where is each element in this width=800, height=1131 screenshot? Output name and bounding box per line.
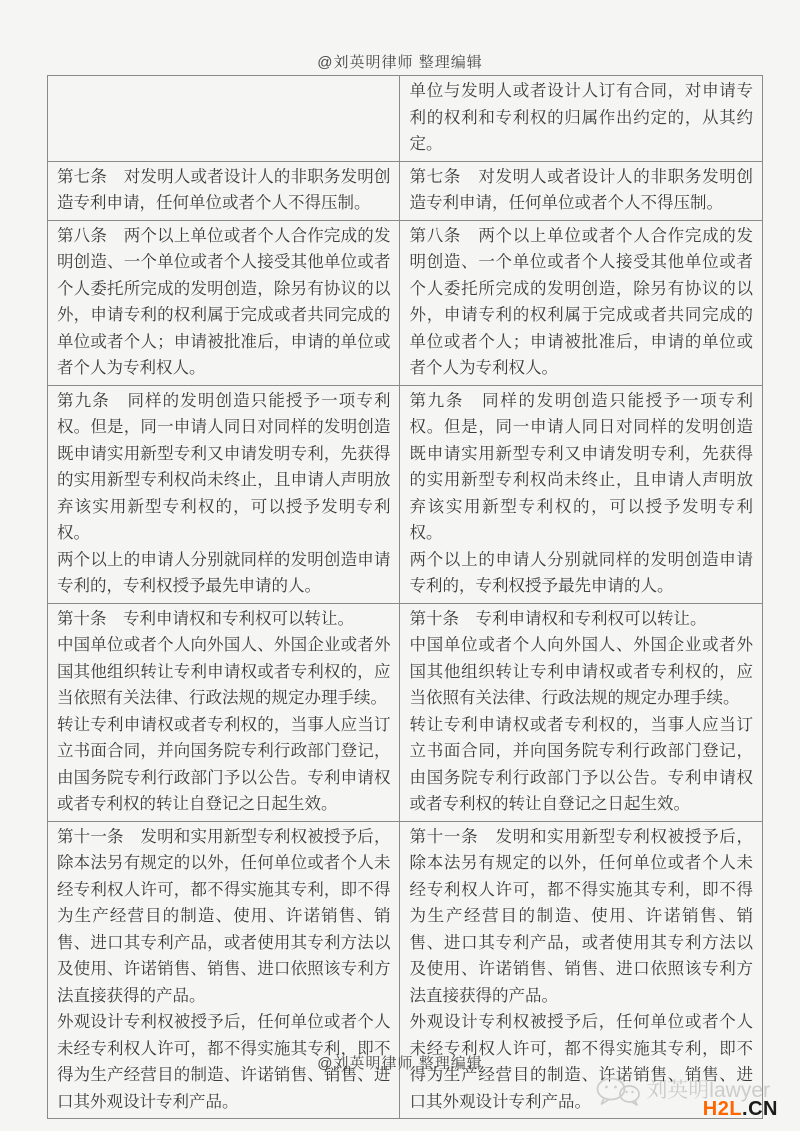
table-row: 第十条 专利申请权和专利权可以转让。 中国单位或者个人向外国人、外国企业或者外国…: [48, 603, 763, 821]
law-cell-right: 第八条 两个以上单位或者个人合作完成的发明创造、一个单位或者个人接受其他单位或者…: [400, 220, 763, 385]
law-cell-left: [48, 76, 400, 162]
table-row: 第八条 两个以上单位或者个人合作完成的发明创造、一个单位或者个人接受其他单位或者…: [48, 220, 763, 385]
law-cell-left: 第七条 对发明人或者设计人的非职务发明创造专利申请，任何单位或者个人不得压制。: [48, 161, 400, 220]
header-credit: @刘英明律师 整理编辑: [0, 51, 800, 72]
patent-law-comparison-table: 单位与发明人或者设计人订有合同，对申请专利的权利和专利权的归属作出约定的，从其约…: [47, 75, 763, 1119]
law-cell-right: 第十条 专利申请权和专利权可以转让。 中国单位或者个人向外国人、外国企业或者外国…: [400, 603, 763, 821]
law-cell-left: 第九条 同样的发明创造只能授予一项专利权。但是，同一申请人同日对同样的发明创造既…: [48, 385, 400, 603]
brand-watermark: 刘英明lawyer H2L.CN: [595, 1076, 778, 1121]
table-row: 第九条 同样的发明创造只能授予一项专利权。但是，同一申请人同日对同样的发明创造既…: [48, 385, 763, 603]
law-cell-left: 第十一条 发明和实用新型专利权被授予后，除本法另有规定的以外，任何单位或者个人未…: [48, 821, 400, 1119]
table-row: 第十一条 发明和实用新型专利权被授予后，除本法另有规定的以外，任何单位或者个人未…: [48, 821, 763, 1119]
h2l-logo-orange: H2L: [703, 1098, 742, 1120]
law-cell-left: 第十条 专利申请权和专利权可以转让。 中国单位或者个人向外国人、外国企业或者外国…: [48, 603, 400, 821]
law-cell-right: 第十一条 发明和实用新型专利权被授予后，除本法另有规定的以外，任何单位或者个人未…: [400, 821, 763, 1119]
law-cell-right: 第七条 对发明人或者设计人的非职务发明创造专利申请，任何单位或者个人不得压制。: [400, 161, 763, 220]
law-cell-left: 第八条 两个以上单位或者个人合作完成的发明创造、一个单位或者个人接受其他单位或者…: [48, 220, 400, 385]
law-cell-right: 第九条 同样的发明创造只能授予一项专利权。但是，同一申请人同日对同样的发明创造既…: [400, 385, 763, 603]
h2l-logo-cn: .CN: [742, 1098, 778, 1120]
table-row: 第七条 对发明人或者设计人的非职务发明创造专利申请，任何单位或者个人不得压制。 …: [48, 161, 763, 220]
table-row: 单位与发明人或者设计人订有合同，对申请专利的权利和专利权的归属作出约定的，从其约…: [48, 76, 763, 162]
document-page: @刘英明律师 整理编辑 单位与发明人或者设计人订有合同，对申请专利的权利和专利权…: [0, 0, 800, 1131]
law-cell-right: 单位与发明人或者设计人订有合同，对申请专利的权利和专利权的归属作出约定的，从其约…: [400, 76, 763, 162]
wechat-icon: [595, 1076, 641, 1106]
footer-credit: @刘英明律师 整理编辑: [0, 1052, 800, 1073]
